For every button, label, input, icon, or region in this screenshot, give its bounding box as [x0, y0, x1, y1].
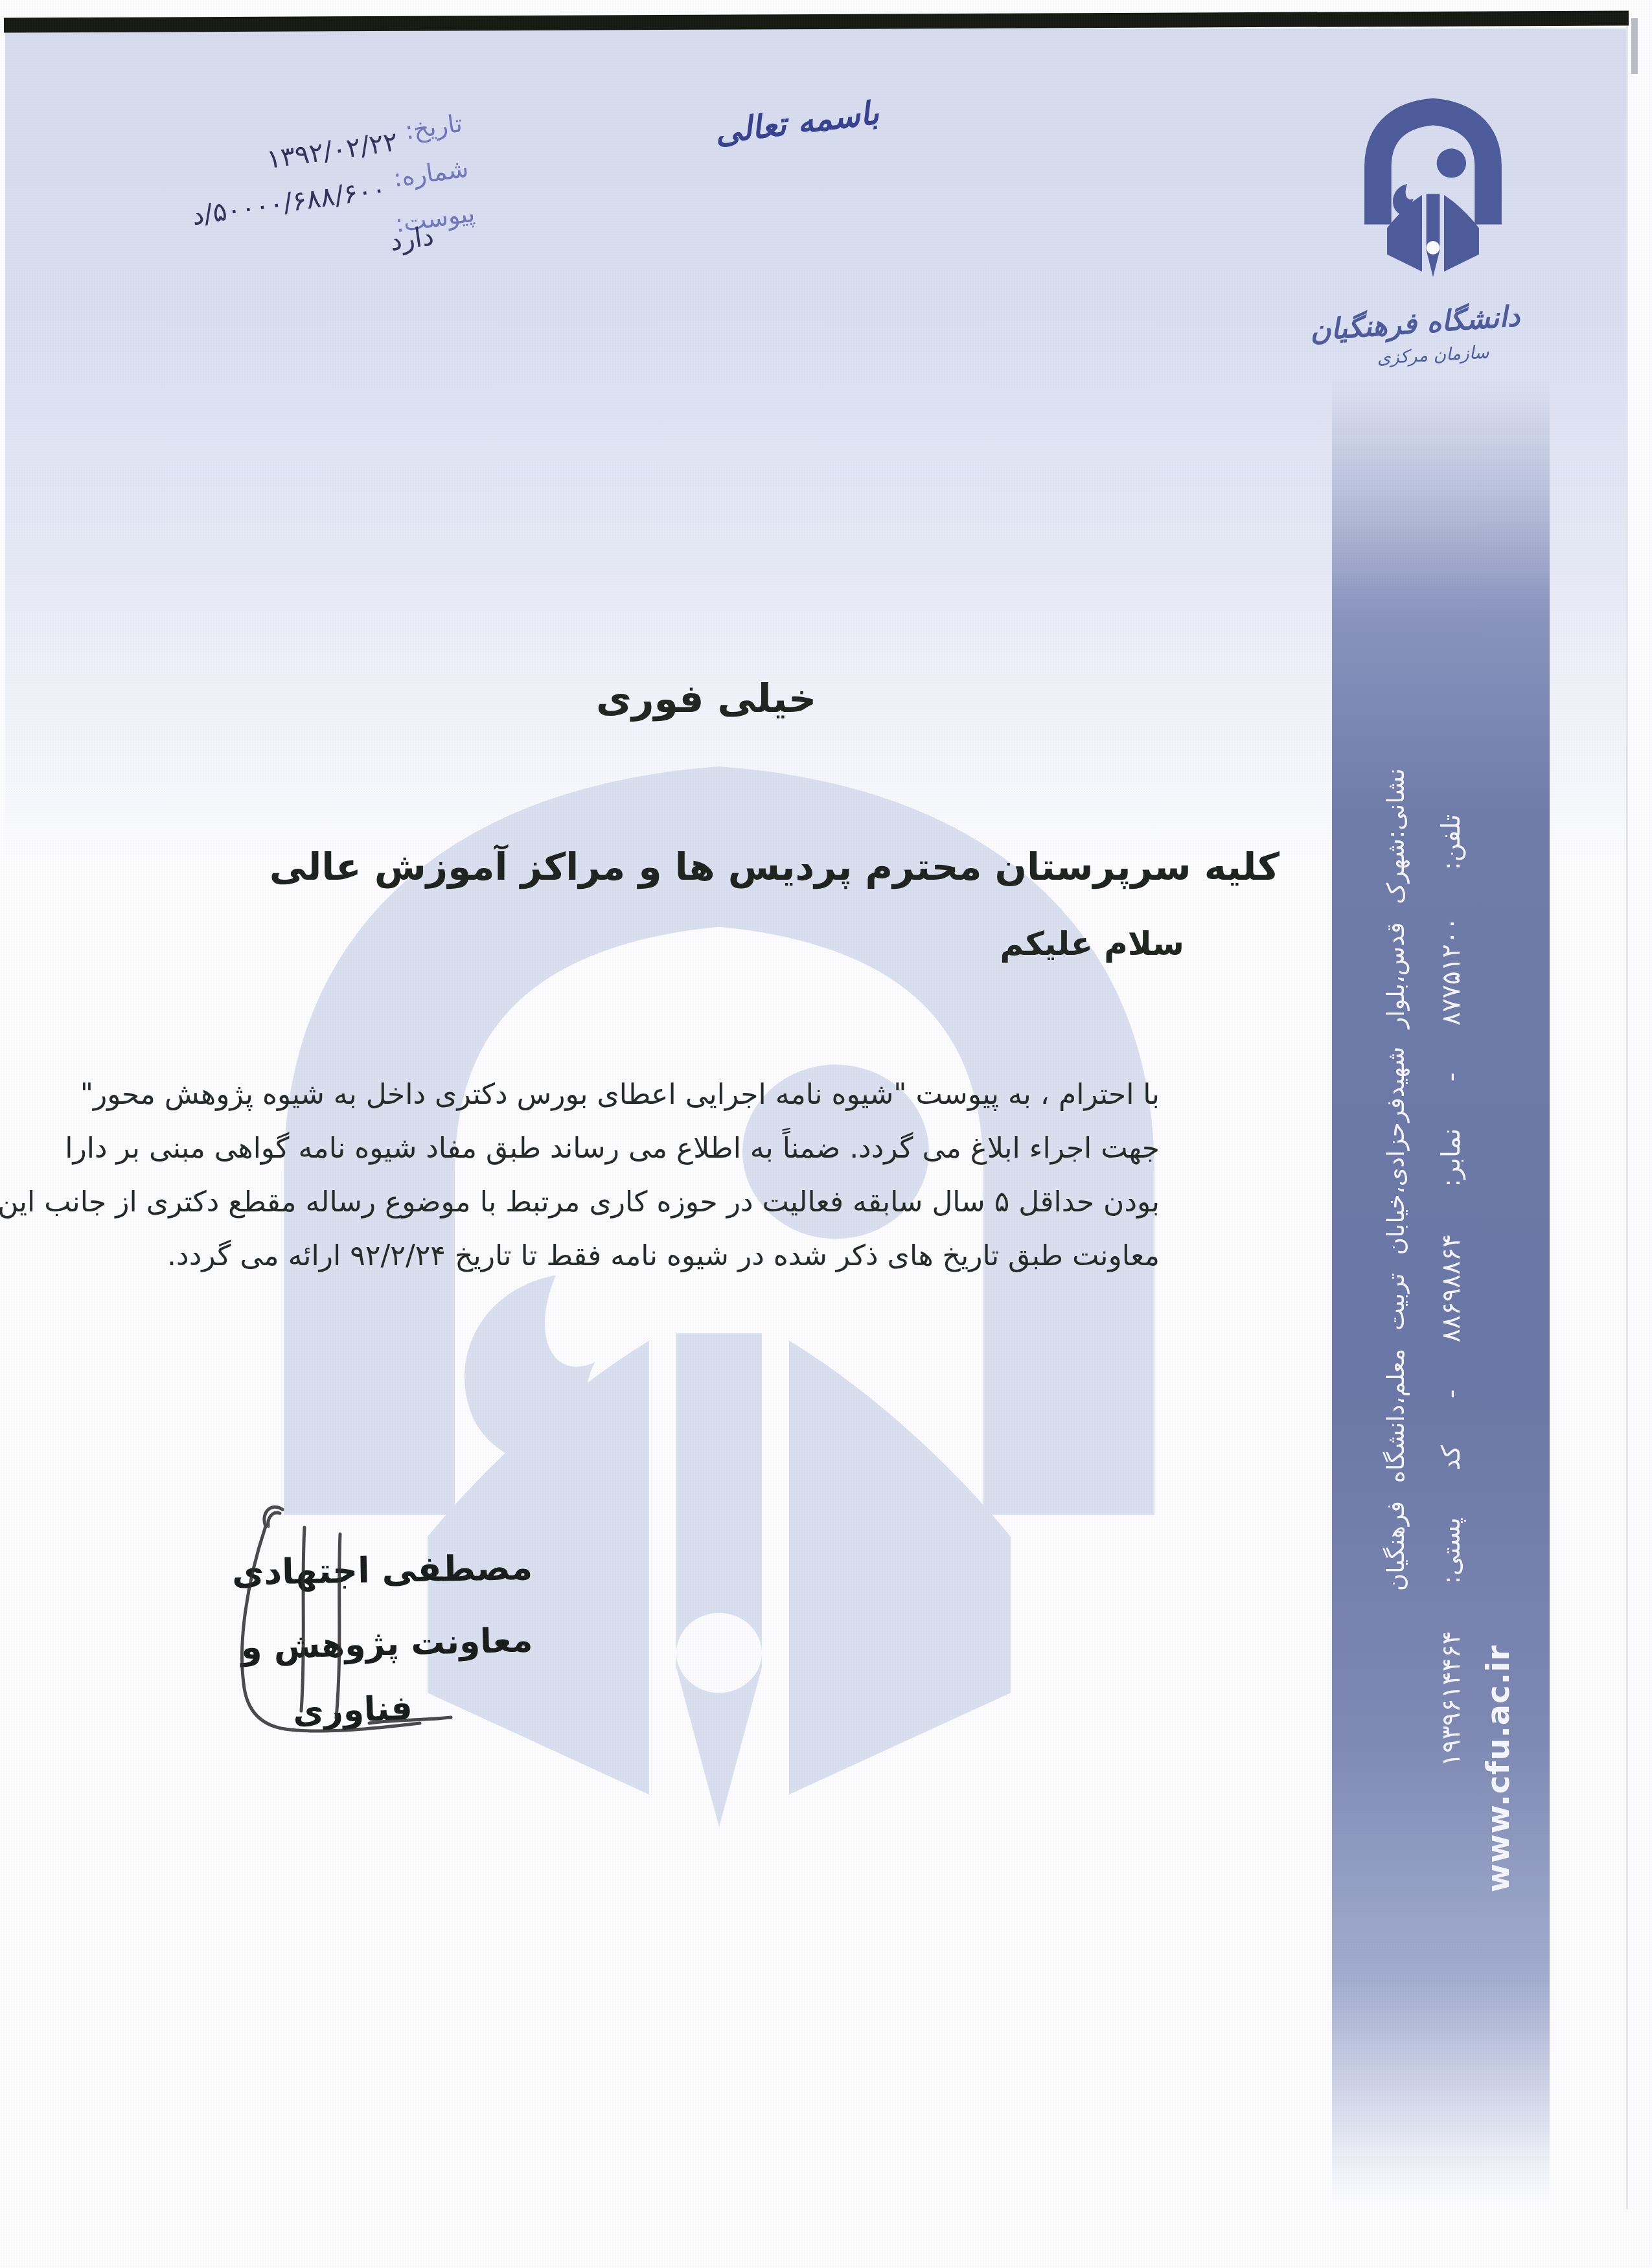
scan-corner-artifact — [1631, 18, 1638, 74]
body-line-2: جهت اجراء ابلاغ می گردد. ضمناً به اطلاع … — [97, 1121, 1160, 1175]
address-vertical-text: نشانی:شهرک قدس،بلوار شهیدفرحزادی،خیابان … — [1382, 768, 1412, 1591]
university-logo-icon — [1351, 95, 1515, 297]
body-line-4: معاونت طبق تاریخ های ذکر شده در شیوه نام… — [97, 1229, 1160, 1283]
page-edge-shadow — [1626, 19, 1628, 2209]
salutation-line: سلام علیکم — [1000, 925, 1184, 963]
website-vertical-text: www.cfu.ac.ir — [1480, 1645, 1513, 1917]
contact-vertical-text: تلفن: ۸۷۷۵۱۲۰۰ - نمابر: ۸۸۶۹۸۸۶۴ - کد پس… — [1437, 814, 1468, 1767]
attachment-value: دارد — [388, 220, 436, 257]
handwritten-signature — [206, 1487, 485, 1759]
scanned-letter-page: نشانی:شهرک قدس،بلوار شهیدفرحزادی،خیابان … — [0, 0, 1652, 2268]
urgency-heading: خیلی فوری — [596, 676, 816, 722]
university-logo-block: دانشگاه فرهنگیان سازمان مرکزی — [1346, 95, 1520, 365]
number-label: شماره: — [391, 154, 470, 192]
body-line-3: بودن حداقل ۵ سال سابقه فعالیت در حوزه کا… — [97, 1175, 1160, 1229]
recipient-line: کلیه سرپرستان محترم پردیس ها و مراکز آمو… — [270, 845, 1279, 889]
university-name: دانشگاه فرهنگیان — [1346, 300, 1521, 345]
letter-body: با احترام ، به پیوست "شیوه نامه اجرایی ا… — [97, 1068, 1160, 1283]
body-line-1: با احترام ، به پیوست "شیوه نامه اجرایی ا… — [97, 1068, 1160, 1121]
